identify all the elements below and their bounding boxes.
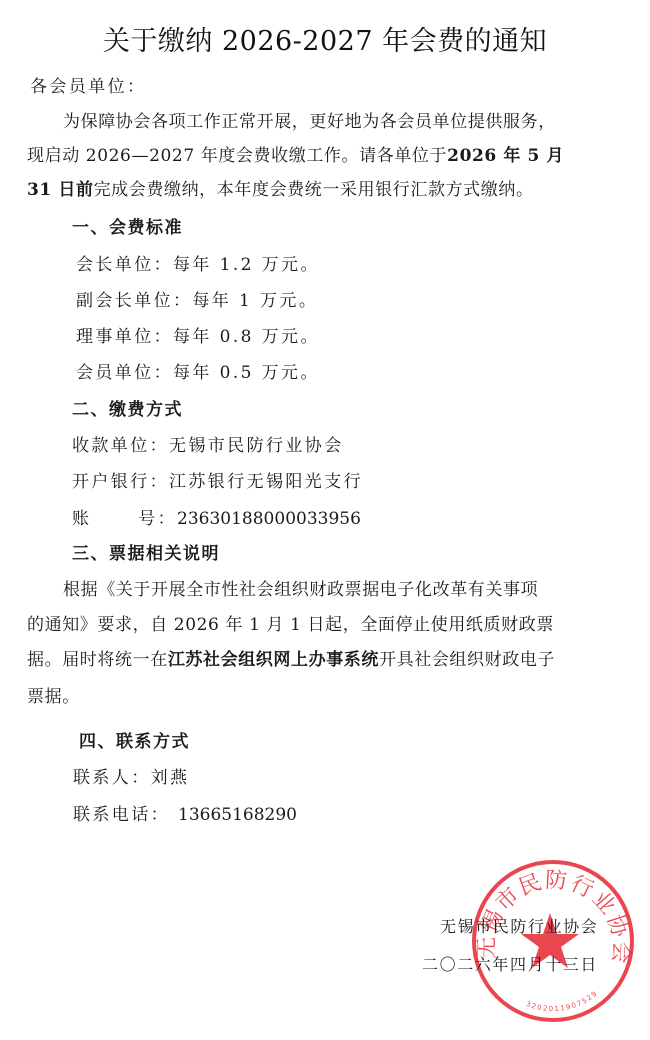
- deadline-date-part-2: 31 日前: [27, 180, 94, 200]
- section-fee-standard-heading: 一、会费标准: [72, 218, 183, 238]
- invoice-line-1: 根据《关于开展全市性社会组织财政票据电子化改革有关事项: [63, 580, 538, 600]
- signature-date: 二〇二六年四月十三日: [422, 952, 598, 975]
- section-contact-heading: 四、联系方式: [79, 732, 190, 752]
- invoice-line-4: 票据。: [27, 687, 80, 707]
- bank-value: 江苏银行无锡阳光支行: [169, 472, 363, 492]
- invoice-line-3-text-c: 开具社会组织财政电子: [379, 650, 555, 670]
- account-value: 23630188000033956: [177, 509, 361, 529]
- section-invoice-heading: 三、票据相关说明: [72, 544, 220, 564]
- fee-item: 会长单位：每年 1.2 万元。: [76, 255, 320, 275]
- section-payment-heading: 二、缴费方式: [72, 400, 183, 420]
- fee-item: 理事单位：每年 0.8 万元。: [76, 327, 320, 347]
- invoice-line-3: 据。届时将统一在江苏社会组织网上办事系统开具社会组织财政电子: [27, 650, 555, 670]
- contact-phone-row: 联系电话：13665168290: [73, 805, 297, 825]
- bank-row: 开户银行：江苏银行无锡阳光支行: [72, 472, 363, 492]
- contact-person-value: 刘燕: [151, 768, 190, 788]
- bank-label: 开户银行：: [72, 472, 169, 492]
- intro-line-2-text: 现启动 2026—2027 年度会费收缴工作。请各单位于: [27, 146, 447, 166]
- fee-item: 会员单位：每年 0.5 万元。: [76, 363, 320, 383]
- contact-person-row: 联系人：刘燕: [73, 768, 189, 788]
- signature-organization: 无锡市民防行业协会: [440, 914, 598, 937]
- system-name: 江苏社会组织网上办事系统: [168, 650, 379, 670]
- invoice-line-2: 的通知》要求，自 2026 年 1 月 1 日起，全面停止使用纸质财政票: [27, 615, 554, 635]
- intro-line-1: 为保障协会各项工作正常开展，更好地为各会员单位提供服务，: [63, 112, 556, 132]
- contact-phone-label: 联系电话：: [73, 805, 170, 825]
- intro-line-3-text: 完成会费缴纳，本年度会费统一采用银行汇款方式缴纳。: [94, 180, 534, 200]
- intro-line-3: 31 日前完成会费缴纳，本年度会费统一采用银行汇款方式缴纳。: [27, 180, 534, 200]
- account-label: 账 号：: [72, 509, 177, 529]
- contact-phone-value: 13665168290: [178, 805, 297, 825]
- intro-line-2: 现启动 2026—2027 年度会费收缴工作。请各单位于2026 年 5 月: [27, 146, 564, 166]
- invoice-line-3-text-a: 据。届时将统一在: [27, 650, 168, 670]
- official-seal-stamp: 无锡市民防行业协会 3202011907529: [470, 858, 636, 1024]
- deadline-date-part-1: 2026 年 5 月: [447, 146, 564, 166]
- payee-row: 收款单位：无锡市民防行业协会: [72, 436, 344, 456]
- account-row: 账 号：23630188000033956: [72, 509, 361, 529]
- payee-label: 收款单位：: [72, 436, 169, 456]
- contact-person-label: 联系人：: [73, 768, 151, 788]
- fee-item: 副会长单位：每年 1 万元。: [76, 291, 318, 311]
- payee-value: 无锡市民防行业协会: [169, 436, 344, 456]
- salutation: 各会员单位：: [30, 77, 146, 97]
- document-title: 关于缴纳 2026-2027 年会费的通知: [0, 26, 650, 58]
